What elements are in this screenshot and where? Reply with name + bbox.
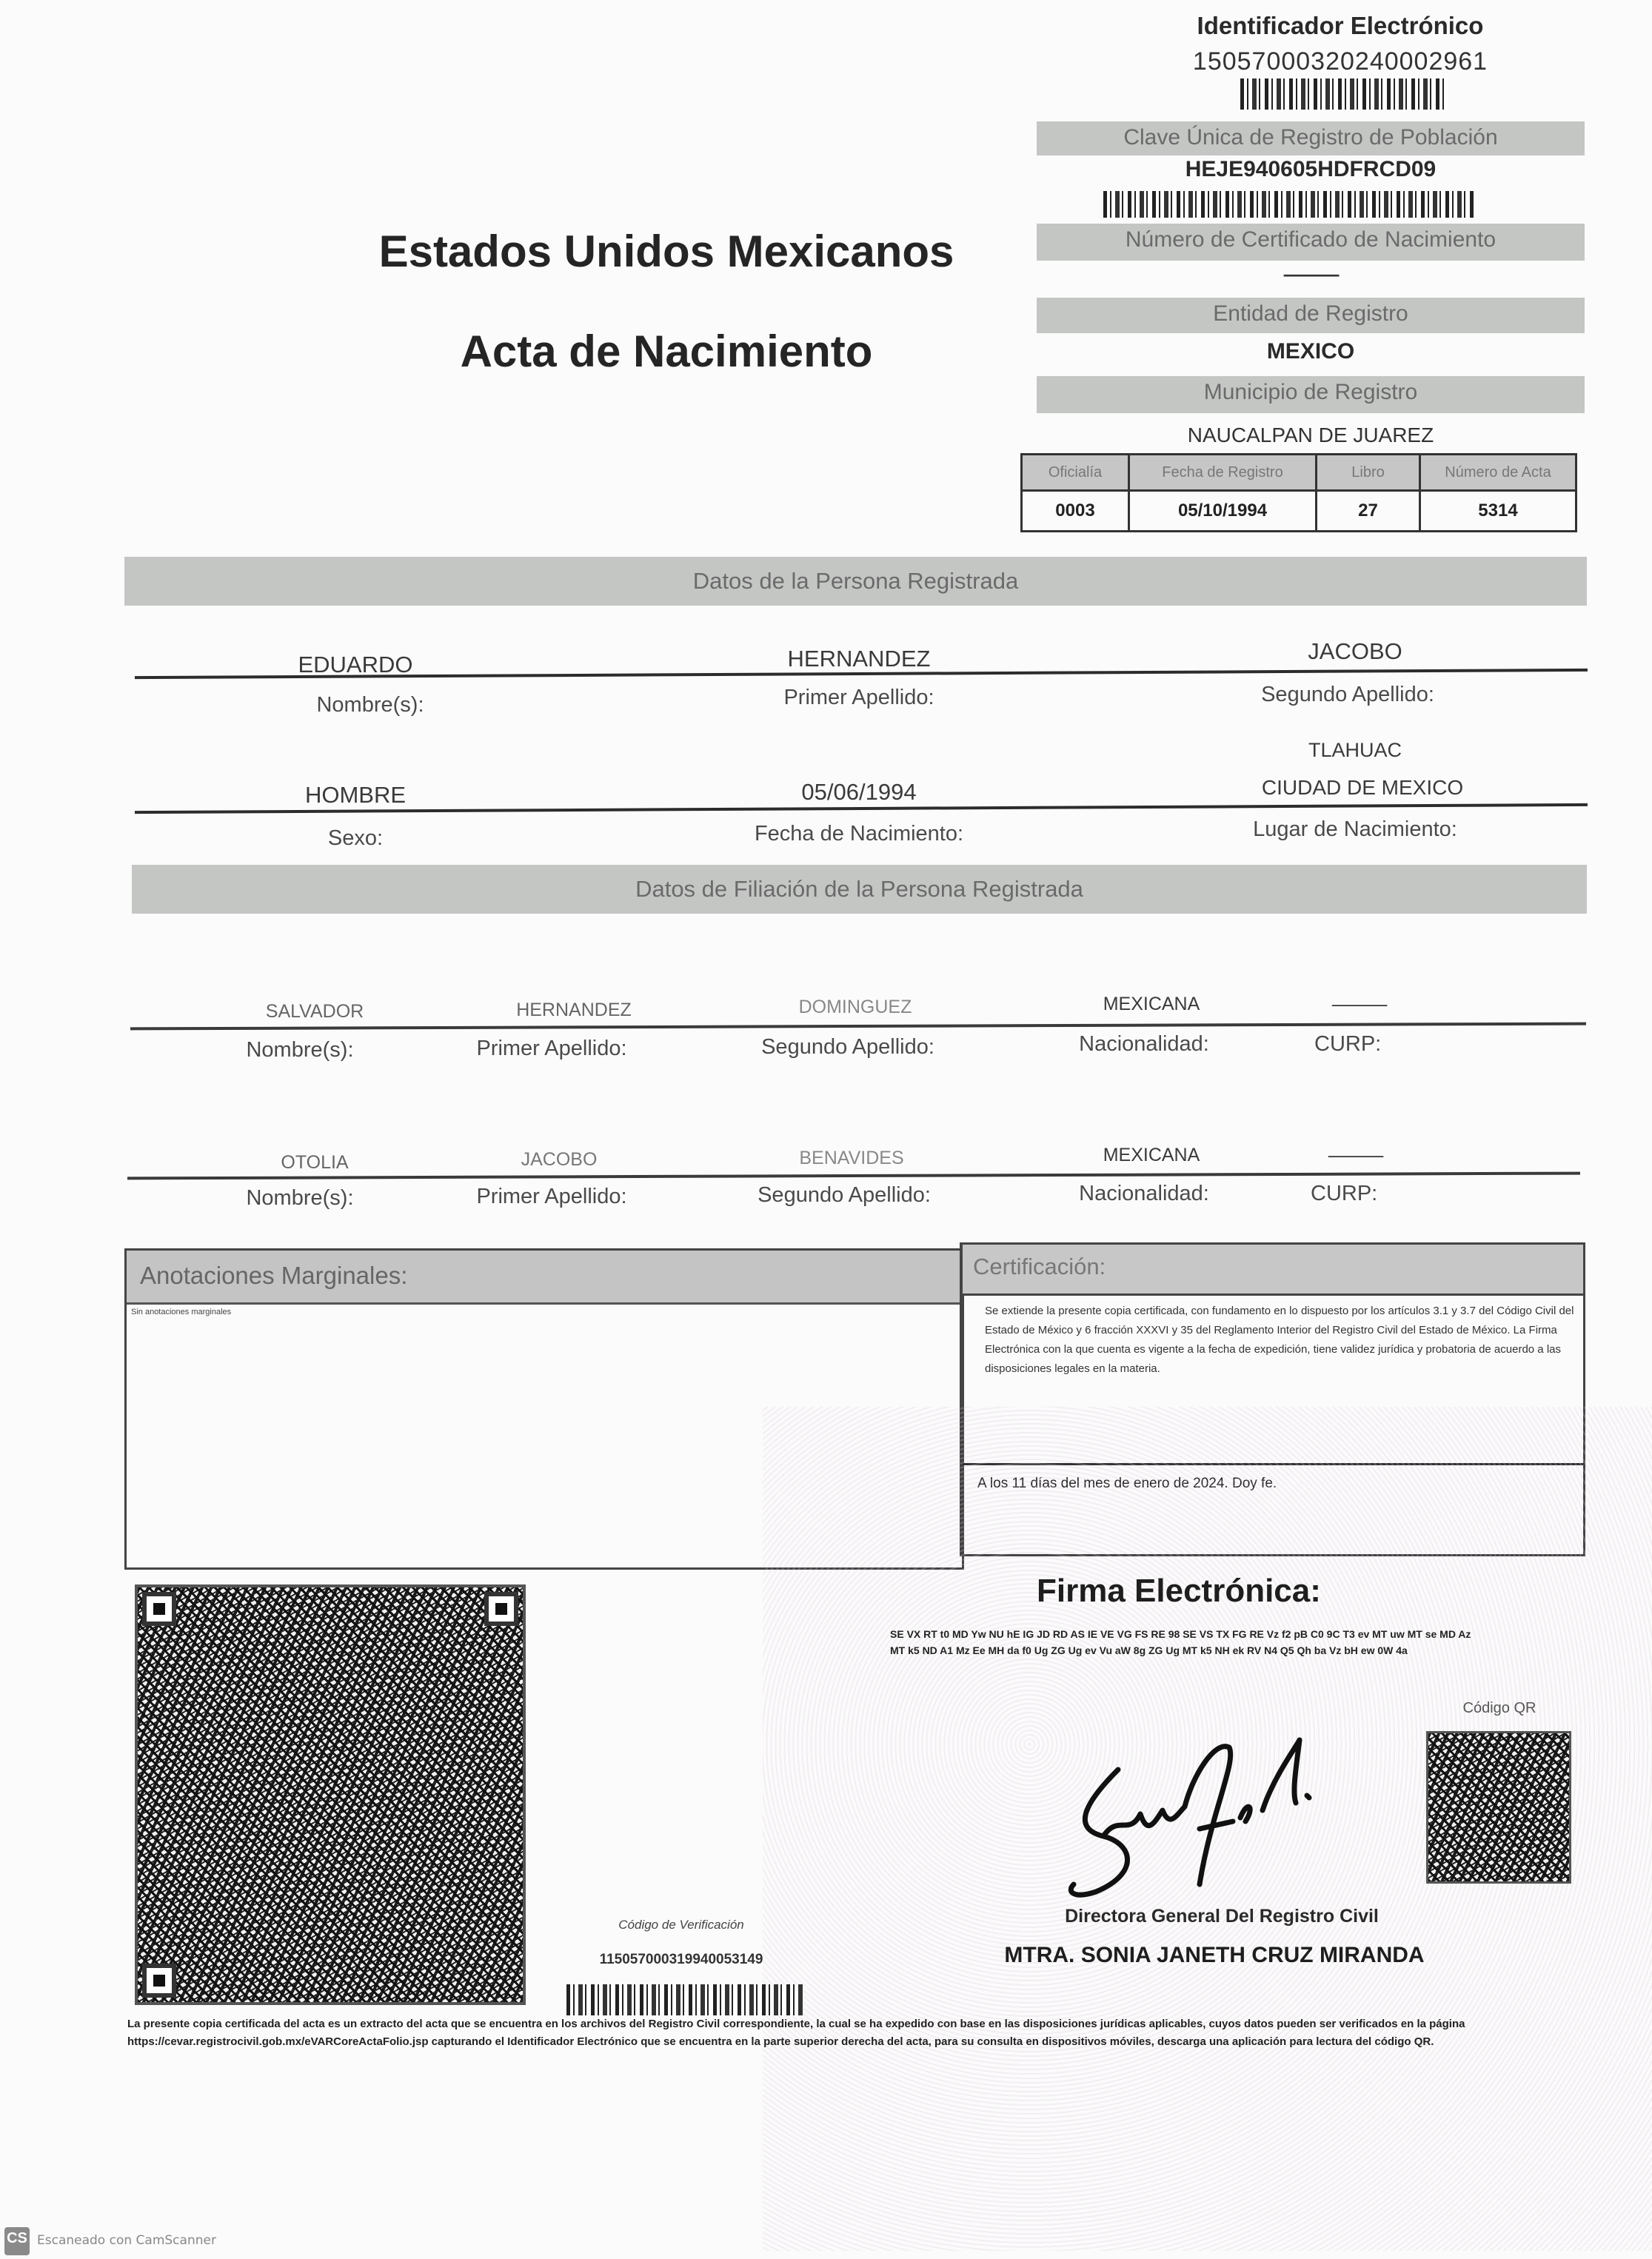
filiation-section-title: Datos de Filiación de la Persona Registr… (132, 865, 1587, 914)
country-title: Estados Unidos Mexicanos (370, 226, 963, 277)
person-birth-place-line1: TLAHUAC (1222, 739, 1488, 762)
footer-legal-text: La presente copia certificada del acta e… (127, 2015, 1549, 2051)
header-libro: Libro (1317, 455, 1420, 491)
camscanner-watermark: Escaneado con CamScanner (37, 2233, 216, 2248)
birth-certificate-number-label: Número de Certificado de Nacimiento (1037, 224, 1585, 261)
person-second-surname-label: Segundo Apellido: (1214, 683, 1481, 707)
certification-date: A los 11 días del mes de enero de 2024. … (963, 1463, 1583, 1502)
signer-name: MTRA. SONIA JANETH CRUZ MIRANDA (963, 1943, 1466, 1968)
parent-1-nationality-label: Nacionalidad: (1022, 1032, 1266, 1057)
parent-1-nationality: MEXICANA (1029, 994, 1274, 1015)
signer-title: Directora General Del Registro Civil (1007, 1906, 1437, 1927)
person-first-surname: HERNANDEZ (726, 646, 992, 672)
person-first-surname-label: Primer Apellido: (726, 686, 992, 710)
parent-1-first-surname-label: Primer Apellido: (429, 1037, 674, 1061)
parent-2-first-surname-label: Primer Apellido: (429, 1185, 674, 1209)
parent-1-given-names: SALVADOR (193, 1001, 437, 1023)
verification-barcode (566, 1984, 803, 2015)
person-birth-place-label: Lugar de Nacimiento: (1207, 817, 1503, 842)
header-numero-acta: Número de Acta (1420, 455, 1576, 491)
header-oficialia: Oficialía (1022, 455, 1129, 491)
person-birth-place-line2: CIUDAD DE MEXICO (1214, 776, 1511, 800)
person-birth-date-label: Fecha de Nacimiento: (711, 822, 1007, 846)
annotations-content: Sin anotaciones marginales (127, 1305, 962, 1319)
person-sex-label: Sexo: (222, 826, 489, 851)
electronic-id-value: 15057000320240002961 (1155, 47, 1525, 76)
curp-label: Clave Única de Registro de Población (1037, 121, 1585, 155)
parent-2-given-names: OTOLIA (193, 1152, 437, 1174)
registry-entity-label: Entidad de Registro (1037, 298, 1585, 333)
parent-1-second-surname-label: Segundo Apellido: (726, 1035, 970, 1060)
curp-barcode (1103, 191, 1474, 218)
birth-certificate-number-value: -------------- (1037, 265, 1585, 284)
verification-code-value: 115057000319940053149 (563, 1952, 800, 1968)
registry-municipality-label: Municipio de Registro (1037, 376, 1585, 413)
person-birth-date: 05/06/1994 (726, 779, 992, 806)
registered-person-section-title: Datos de la Persona Registrada (124, 557, 1587, 606)
qr-code-label: Código QR (1437, 1700, 1562, 1717)
value-fecha-registro: 05/10/1994 (1129, 491, 1317, 532)
person-given-names-label: Nombre(s): (237, 693, 504, 717)
signature-qr-code (1426, 1731, 1571, 1884)
certification-title: Certificación: (963, 1245, 1583, 1296)
registry-entity-value: MEXICO (1037, 339, 1585, 364)
parent-1-given-names-label: Nombre(s): (178, 1038, 422, 1062)
certification-text: Se extiende la presente copia certificad… (963, 1296, 1583, 1463)
annotations-box: Anotaciones Marginales: Sin anotaciones … (124, 1248, 964, 1570)
parent-2-second-surname-label: Segundo Apellido: (722, 1183, 966, 1208)
parent-2-nationality: MEXICANA (1029, 1145, 1274, 1166)
qr-finder-bottom-left (142, 1964, 176, 1998)
parent-1-curp-label: CURP: (1314, 1032, 1425, 1057)
parent-2-curp-label: CURP: (1311, 1182, 1422, 1206)
parent-2-second-surname: BENAVIDES (729, 1148, 974, 1169)
header-fecha-registro: Fecha de Registro (1129, 455, 1317, 491)
curp-value: HEJE940605HDFRCD09 (1037, 157, 1585, 182)
verification-code-label: Código de Verificación (563, 1918, 800, 1932)
person-second-surname: JACOBO (1222, 638, 1488, 665)
value-libro: 27 (1317, 491, 1420, 532)
electronic-signature-hash: SE VX RT t0 MD Yw NU hE IG JD RD AS IE V… (890, 1626, 1475, 1659)
parent-2-given-names-label: Nombre(s): (178, 1186, 422, 1211)
electronic-id-barcode (1240, 78, 1448, 110)
qr-finder-top-left (142, 1592, 176, 1626)
document-title: Acta de Nacimiento (370, 326, 963, 377)
parent-2-nationality-label: Nacionalidad: (1022, 1182, 1266, 1206)
value-oficialia: 0003 (1022, 491, 1129, 532)
value-numero-acta: 5314 (1420, 491, 1576, 532)
certification-box: Certificación: Se extiende la presente c… (960, 1242, 1585, 1556)
registry-municipality-value: NAUCALPAN DE JUAREZ (1037, 424, 1585, 447)
parent-1-curp: -------------- (1292, 995, 1425, 1014)
annotations-title: Anotaciones Marginales: (127, 1251, 962, 1305)
qr-finder-top-right (484, 1592, 518, 1626)
electronic-id-label: Identificador Electrónico (1155, 12, 1525, 40)
parent-1-second-surname: DOMINGUEZ (733, 997, 977, 1018)
handwritten-signature (1051, 1725, 1437, 1903)
registry-table: Oficialía Fecha de Registro Libro Número… (1020, 453, 1577, 532)
person-sex: HOMBRE (222, 782, 489, 809)
electronic-signature-title: Firma Electrónica: (1037, 1573, 1333, 1610)
parent-1-first-surname: HERNANDEZ (452, 1000, 696, 1021)
verification-qr-code (135, 1584, 526, 2005)
camscanner-logo: CS (4, 2227, 30, 2255)
parent-2-curp: -------------- (1288, 1146, 1422, 1165)
parent-1-underline (130, 1023, 1586, 1031)
parent-2-first-surname: JACOBO (437, 1149, 681, 1171)
